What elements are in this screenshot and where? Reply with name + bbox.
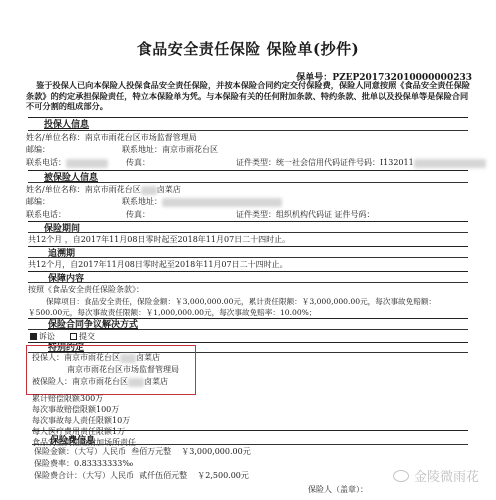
- label: 被保险人：: [32, 377, 72, 386]
- label: 保险费率：: [34, 459, 74, 468]
- insured-name: 姓名/单位名称：南京市雨花台区卤菜店: [26, 184, 181, 195]
- value: 叁佰万元整: [131, 447, 171, 456]
- divider: [28, 257, 468, 258]
- insurer-seal-label: 保险人（盖章）：: [308, 484, 368, 495]
- applicant-postcode: 邮编：: [26, 144, 50, 155]
- divider: [28, 232, 468, 233]
- divider: [28, 130, 468, 131]
- value: 统一社会信用代码: [276, 158, 340, 167]
- label: 联系地址：: [122, 145, 162, 154]
- insured-phone: 联系电话：: [26, 209, 66, 220]
- premium-total: 保险费合计：（大写）人民币 贰仟伍佰元整 ￥2,500.00元: [34, 470, 249, 481]
- redacted-name: [120, 354, 136, 363]
- value: 南京市雨花台区: [72, 377, 128, 386]
- value: 卤菜店: [136, 353, 160, 362]
- label: 证件号码：: [340, 158, 380, 167]
- divider: [32, 430, 468, 431]
- period-text: 共12个月 ，自2017年11月08日零时起至2018年11月07日二十四时止。: [28, 234, 290, 245]
- label: 投保人：: [32, 353, 64, 362]
- divider: [28, 329, 468, 330]
- applicant-fax: 传真：: [126, 157, 150, 168]
- insured-address: 联系地址：: [122, 196, 282, 207]
- special-term: 每次事故赔偿限额100万: [32, 404, 119, 415]
- watermark: 金陵微雨花: [393, 466, 479, 485]
- divider: [28, 182, 468, 183]
- divider: [32, 444, 468, 445]
- coverage-basis: 按照《食品安全责任保险条款》：: [28, 284, 144, 295]
- label: 联系地址：: [122, 197, 162, 206]
- insured-fax: 传真：: [126, 209, 150, 220]
- checkbox-checked-icon[interactable]: [30, 333, 37, 340]
- label: 姓名/单位名称：: [26, 185, 85, 194]
- applicant-name: 姓名/单位名称：南京市雨花台区市场监督管理局: [26, 132, 197, 143]
- value: 南京市雨花台区: [64, 353, 120, 362]
- value: 卤菜店: [157, 185, 181, 194]
- intro-paragraph: 鉴于投保人已向本保险人投保食品安全责任保险，并按本保险合同约定交付保险费，保险人…: [26, 80, 476, 112]
- label: 保险金额：（大写）人民币: [34, 447, 126, 456]
- special-applicant-line2: 南京市雨花台区市场监督管理局: [67, 364, 179, 375]
- value: 南京市雨花台区: [162, 145, 218, 154]
- value: 贰仟伍佰元整: [139, 471, 187, 480]
- divider: [28, 117, 468, 118]
- value: 南京市雨花台区市场监督管理局: [85, 133, 197, 142]
- applicant-address: 联系地址：南京市雨花台区: [122, 144, 218, 155]
- section-title-applicant: 投保人信息: [44, 117, 89, 130]
- value: ￥3,000,000.00元: [181, 447, 250, 456]
- label: 姓名/单位名称：: [26, 133, 85, 142]
- redacted-name: [141, 186, 157, 195]
- insured-id: 证件类型：组织机构代码证 证件号码：: [236, 209, 375, 220]
- special-insured: 被保险人：南京市雨花台区卤菜店: [32, 376, 168, 387]
- premium-amount: 保险金额：（大写）人民币 叁佰万元整 ￥3,000,000.00元: [34, 446, 251, 457]
- label: 证件号码：: [335, 210, 375, 219]
- special-term: 累计赔偿限额300万: [32, 393, 103, 404]
- value: 0.83333333‰: [74, 459, 133, 468]
- redacted-address: [162, 198, 282, 207]
- divider: [28, 221, 468, 222]
- applicant-id: 证件类型：统一社会信用代码证件号码：I132011: [236, 157, 486, 168]
- value: I132011: [380, 158, 414, 167]
- divider: [28, 282, 468, 283]
- retro-period-text: 共12个月，自2017年11月08日零时起至2018年11月07日二十四时止。: [28, 259, 288, 270]
- label: 保险费合计：（大写）人民币: [34, 471, 134, 480]
- special-applicant: 投保人：南京市雨花台区卤菜店: [32, 352, 160, 363]
- redacted-name: [128, 378, 144, 387]
- value: 卤菜店: [144, 377, 168, 386]
- label: 联系电话：: [26, 158, 66, 167]
- applicant-phone: 联系电话：: [26, 157, 108, 168]
- special-term: 每次事故每人责任限额10万: [32, 415, 130, 426]
- label: 证件类型：: [236, 210, 276, 219]
- value: 组织机构代码证: [276, 210, 332, 219]
- watermark-text: 金陵微雨花: [414, 470, 479, 485]
- coverage-line-1: 保障项目：食品安全责任，保险金额：￥3,000,000.00元，累计责任限额：￥…: [46, 296, 436, 307]
- value: ￥2,500.00元: [197, 471, 249, 480]
- insured-postcode: 邮编：: [26, 196, 50, 207]
- value: 南京市雨花台区: [85, 185, 141, 194]
- divider: [28, 246, 468, 247]
- label: 证件类型：: [236, 158, 276, 167]
- divider: [28, 271, 468, 272]
- premium-rate: 保险费率：0.83333333‰: [34, 458, 133, 469]
- document-title: 食品安全责任保险 保险单(抄件): [0, 38, 496, 59]
- redacted-phone: [66, 159, 108, 168]
- redacted-id: [414, 159, 486, 168]
- wechat-icon: [393, 470, 409, 482]
- divider: [28, 342, 468, 343]
- checkbox-unchecked-icon[interactable]: [70, 333, 77, 340]
